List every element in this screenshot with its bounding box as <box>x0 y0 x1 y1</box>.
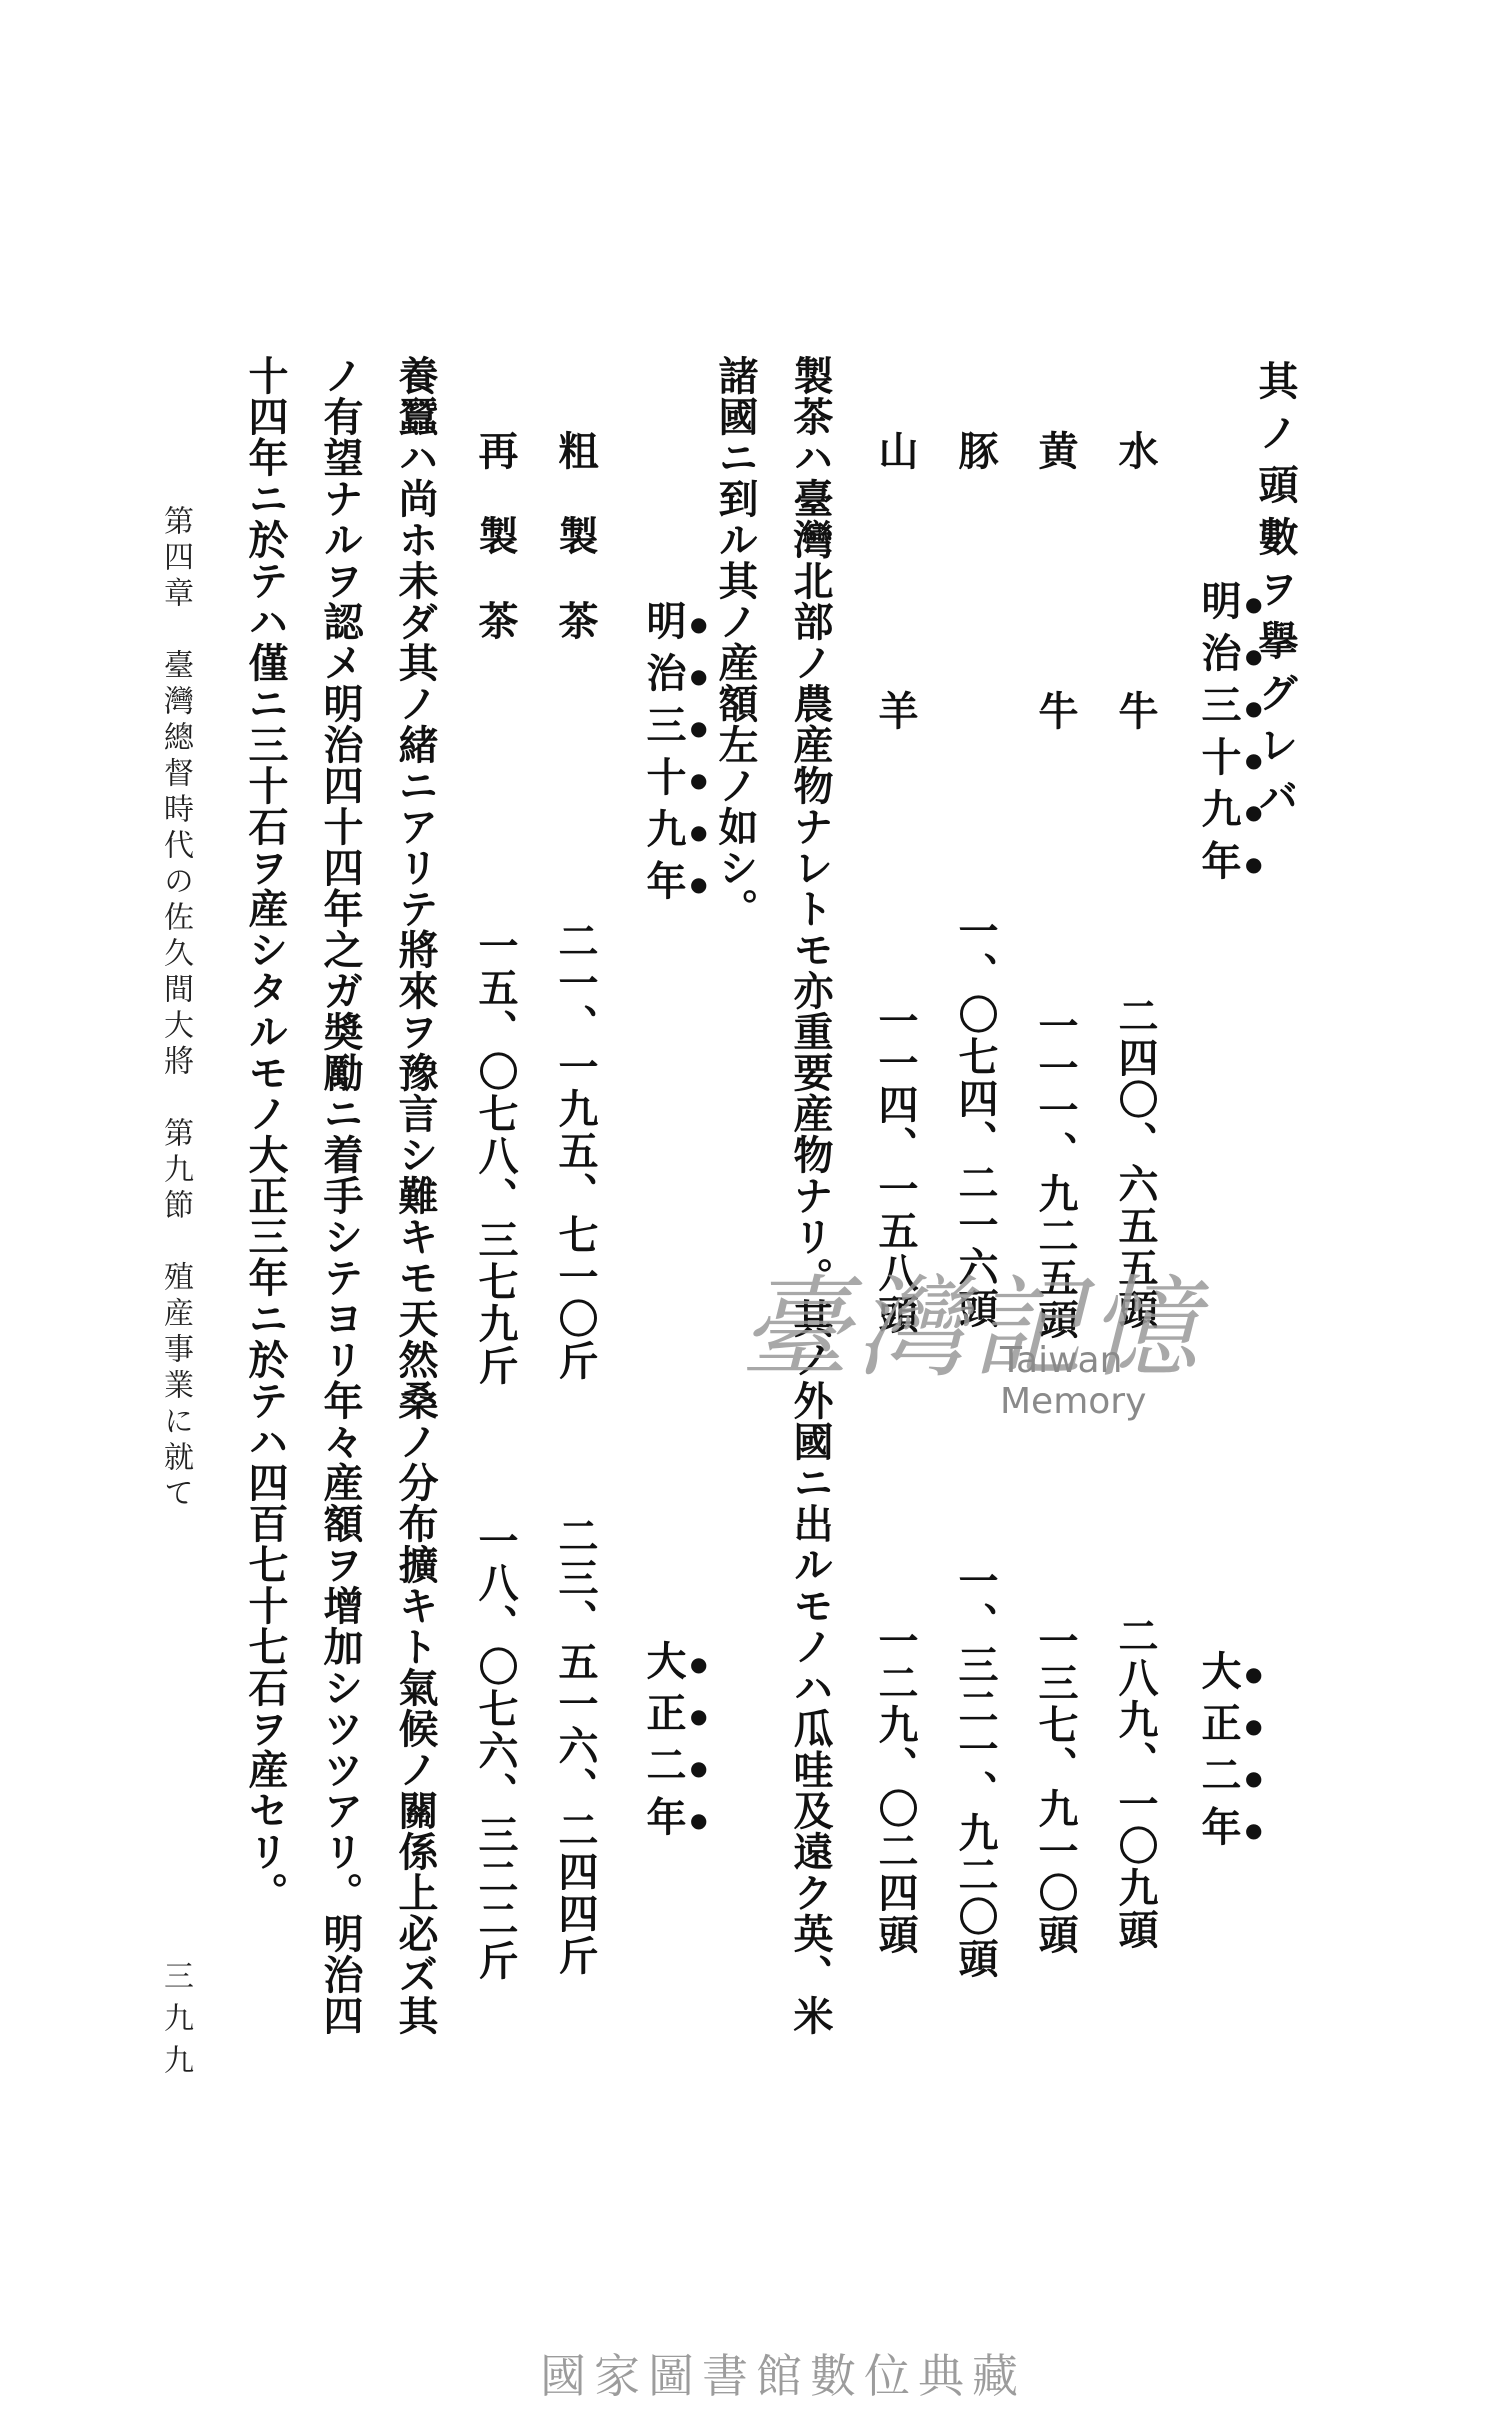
livestock-row-goat-y2: 一二九、〇二四頭 <box>875 1620 915 1956</box>
livestock-row-goat-y1: 一一四、一五八頭 <box>875 1000 915 1336</box>
tea-row-refined-y2: 一八、〇七六、三二二斤 <box>475 1520 515 1982</box>
tea-row-crude-y2: 二三、五一六、二四四斤 <box>555 1515 595 1977</box>
running-footer: 第四章 臺灣總督時代の佐久間大將 第九節 殖産事業に就て <box>160 505 190 1513</box>
tea-paragraph-line-1: 製茶ハ臺灣北部ノ農産物ナレトモ亦重要産物ナリ。其ノ外國ニ出ルモノハ瓜哇及遠ク英、… <box>790 355 830 2036</box>
watermark-english-text: Taiwan Memory <box>1000 1340 1260 1422</box>
livestock-row-pig-y1: 一、〇七四、二一六頭 <box>955 910 995 1330</box>
archive-footer: 國家圖書館數位典藏 <box>540 2340 1026 2406</box>
livestock-header-taisho2: 大正二年 <box>1195 1650 1266 1858</box>
tea-row-crude-y1: 二一、一九五、七一〇斤 <box>555 920 595 1382</box>
tea-row-refined-name: 再製茶 <box>475 430 515 685</box>
livestock-row-pig-name: 豚 <box>955 430 995 482</box>
tea-row-crude-name: 粗製茶 <box>555 430 595 685</box>
silk-paragraph-line-1: 養蠶ハ尚ホ未ダ其ノ緒ニアリテ將來ヲ豫言シ難キモ天然桑ノ分布擴キト氣候ノ關係上必ズ… <box>395 355 435 2036</box>
livestock-row-yellow-cattle-y1: 一一一、九二五頭 <box>1035 1005 1075 1341</box>
tea-header-taisho2: 大正二年 <box>640 1640 711 1848</box>
livestock-row-yellow-cattle-y2: 一三七、九一〇頭 <box>1035 1620 1075 1956</box>
livestock-header-meiji39: 明治三十九年 <box>1195 580 1266 892</box>
livestock-row-water-buffalo-y2: 二八九、一〇九頭 <box>1115 1615 1155 1951</box>
livestock-row-water-buffalo-y1: 二四〇、六五五頭 <box>1115 995 1155 1331</box>
livestock-row-yellow-cattle-name: 黄 牛 <box>1035 430 1075 820</box>
page-number: 三九九 <box>160 1960 190 2086</box>
silk-paragraph-line-2: ノ有望ナルヲ認メ明治四十四年之ガ奬勵ニ着手シテヨリ年々産額ヲ增加シツツアリ。明治… <box>320 355 360 2036</box>
livestock-row-pig-y2: 一、三二一、九二〇頭 <box>955 1560 995 1980</box>
tea-header-meiji39: 明治三十九年 <box>640 600 711 912</box>
livestock-row-goat-name: 山 羊 <box>875 430 915 820</box>
tea-paragraph-line-2: 諸國ニ到ル其ノ産額左ノ如シ。 <box>715 355 755 929</box>
silk-paragraph-line-3: 十四年ニ於テハ僅ニ三十石ヲ産シタルモノ大正三年ニ於テハ四百七十七石ヲ産セリ。 <box>245 355 285 1913</box>
tea-row-refined-y1: 一五、〇七八、三七九斤 <box>475 925 515 1387</box>
livestock-row-water-buffalo-name: 水 牛 <box>1115 430 1155 820</box>
